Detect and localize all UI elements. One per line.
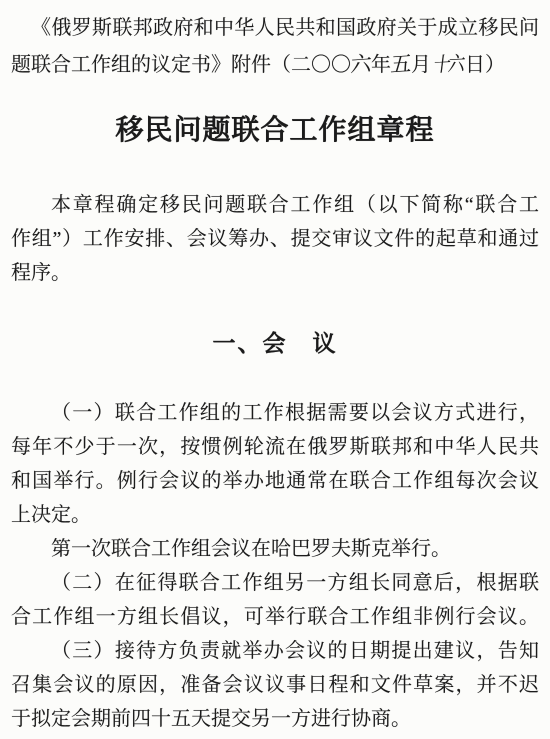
- paragraph-line: 合工作组一方组长倡议，可举行联合工作组非例行会议。: [11, 600, 539, 634]
- attachment-note: 《俄罗斯联邦政府和中华人民共和国政府关于成立移民问 题联合工作组的议定书》附件（…: [0, 0, 550, 84]
- scanned-document-page: 《俄罗斯联邦政府和中华人民共和国政府关于成立移民问 题联合工作组的议定书》附件（…: [0, 0, 550, 739]
- paragraph-line: （三）接待方负责就举办会议的日期提出建议，告知: [11, 634, 539, 668]
- attachment-note-line-2: 题联合工作组的议定书》附件（二〇〇六年五月十六日）: [11, 47, 539, 84]
- attachment-note-line-1: 《俄罗斯联邦政府和中华人民共和国政府关于成立移民问: [11, 10, 539, 47]
- paragraph-host-duties: （三）接待方负责就举办会议的日期提出建议，告知 召集会议的原因，准备会议议事日程…: [0, 634, 550, 736]
- paragraph-line: 本章程确定移民问题联合工作组（以下简称“联合工: [11, 188, 539, 222]
- paragraph-line: （二）在征得联合工作组另一方组长同意后，根据联: [11, 566, 539, 600]
- paragraph-extraordinary-meetings: （二）在征得联合工作组另一方组长同意后，根据联 合工作组一方组长倡议，可举行联合…: [0, 566, 550, 634]
- year-character: 年: [371, 54, 391, 76]
- paragraph-line: 上决定。: [11, 498, 539, 532]
- paragraph-line: 程序。: [11, 256, 539, 290]
- paragraph-line: 每年不少于一次，按惯例轮流在俄罗斯联邦和中华人民共: [11, 430, 539, 464]
- month-character: 月: [411, 54, 431, 76]
- attachment-note-date-prefix: 题联合工作组的议定书》附件（二〇〇: [11, 54, 351, 76]
- paragraph-line: 第一次联合工作组会议在哈巴罗夫斯克举行。: [11, 532, 539, 566]
- handwritten-month-digit: 五: [389, 45, 413, 86]
- paragraph-line: 召集会议的原因，准备会议议事日程和文件草案，并不迟: [11, 668, 539, 702]
- paragraph-line: 于拟定会期前四十五天提交另一方进行协商。: [11, 702, 539, 736]
- paragraph-regular-meetings: （一）联合工作组的工作根据需要以会议方式进行， 每年不少于一次，按惯例轮流在俄罗…: [0, 396, 550, 532]
- handwritten-year-digit: 六: [349, 45, 373, 86]
- document-title: 移民问题联合工作组章程: [0, 110, 550, 152]
- attachment-note-date-suffix: 日）: [465, 54, 505, 76]
- section-heading-meetings: 一、会 议: [0, 328, 550, 360]
- paragraph-line: 和国举行。例行会议的举办地通常在联合工作组每次会议: [11, 464, 539, 498]
- paragraph-line: （一）联合工作组的工作根据需要以会议方式进行，: [11, 396, 539, 430]
- handwritten-day-digits: 十六: [431, 46, 464, 85]
- paragraph-first-meeting: 第一次联合工作组会议在哈巴罗夫斯克举行。: [0, 532, 550, 566]
- paragraph-line: 作组”）工作安排、会议筹办、提交审议文件的起草和通过: [11, 222, 539, 256]
- intro-paragraph: 本章程确定移民问题联合工作组（以下简称“联合工 作组”）工作安排、会议筹办、提交…: [0, 188, 550, 290]
